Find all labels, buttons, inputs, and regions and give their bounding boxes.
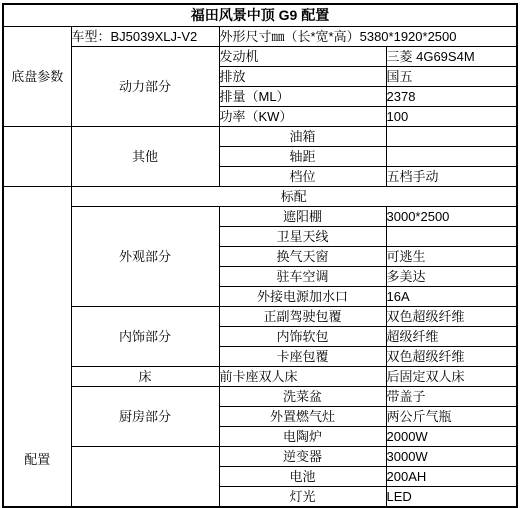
section-power-cell: 动力部分 (71, 47, 219, 127)
spec-label: 灯光 (219, 487, 386, 508)
spec-value (386, 147, 517, 167)
spec-label: 轴距 (219, 147, 386, 167)
spec-value: LED (386, 487, 517, 508)
page: 福田风景中顶 G9 配置 底盘参数 车型：BJ5039XLJ-V2 外形尺寸㎜（… (0, 0, 520, 508)
spec-label: 洗菜盆 (219, 387, 386, 407)
spec-label: 排放 (219, 67, 386, 87)
group-chassis-cell: 底盘参数 (3, 27, 71, 127)
section-kitchen-cell: 厨房部分 (71, 387, 219, 447)
spec-row: 逆变器 3000W (3, 447, 517, 467)
spec-label: 逆变器 (219, 447, 386, 467)
spec-value: 五档手动 (386, 167, 517, 187)
spec-value: 国五 (386, 67, 517, 87)
spec-table: 福田风景中顶 G9 配置 底盘参数 车型：BJ5039XLJ-V2 外形尺寸㎜（… (2, 3, 518, 508)
spec-label: 外接电源加水口 (219, 287, 386, 307)
spec-value: 带盖子 (386, 387, 517, 407)
section-other-cell: 其他 (71, 127, 219, 187)
spec-value: 2000W (386, 427, 517, 447)
spec-label: 内饰软包 (219, 327, 386, 347)
section-bed-cell: 床 (71, 367, 219, 387)
group-empty-cell (3, 127, 71, 187)
spec-label: 档位 (219, 167, 386, 187)
vehicle-dimensions-cell: 外形尺寸㎜（长*宽*高）5380*1920*2500 (219, 27, 517, 47)
spec-value: 100 (386, 107, 517, 127)
spec-label: 外置燃气灶 (219, 407, 386, 427)
spec-label: 前卡座双人床 (219, 367, 386, 387)
spec-row: 动力部分 发动机 三菱 4G69S4M (3, 47, 517, 67)
spec-value: 超级纤维 (386, 327, 517, 347)
spec-row: 外观部分 遮阳棚 3000*2500 (3, 207, 517, 227)
group-config-label: 配置 (4, 450, 71, 469)
spec-value: 3000W (386, 447, 517, 467)
spec-row: 其他 油箱 (3, 127, 517, 147)
title-row: 福田风景中顶 G9 配置 (3, 4, 517, 27)
spec-label: 功率（KW） (219, 107, 386, 127)
spec-value: 16A (386, 287, 517, 307)
spec-label: 换气天窗 (219, 247, 386, 267)
spec-label: 遮阳棚 (219, 207, 386, 227)
spec-value (386, 127, 517, 147)
spec-label: 电陶炉 (219, 427, 386, 447)
spec-value: 三菱 4G69S4M (386, 47, 517, 67)
spec-value: 200AH (386, 467, 517, 487)
spec-label: 卡座包覆 (219, 347, 386, 367)
spec-label: 发动机 (219, 47, 386, 67)
group-config-cell: 配置 (3, 187, 71, 508)
section-interior-cell: 内饰部分 (71, 307, 219, 367)
table-title: 福田风景中顶 G9 配置 (3, 4, 517, 27)
spec-row: 配置 标配 (3, 187, 517, 207)
standard-config-cell: 标配 (71, 187, 517, 207)
vehicle-model-cell: 车型：BJ5039XLJ-V2 (71, 27, 219, 47)
spec-label: 电池 (219, 467, 386, 487)
spec-value: 多美达 (386, 267, 517, 287)
section-exterior-cell: 外观部分 (71, 207, 219, 307)
spec-value: 双色超级纤维 (386, 347, 517, 367)
spec-row: 底盘参数 车型：BJ5039XLJ-V2 外形尺寸㎜（长*宽*高）5380*19… (3, 27, 517, 47)
spec-value: 后固定双人床 (386, 367, 517, 387)
spec-row: 内饰部分 正副驾驶包覆 双色超级纤维 (3, 307, 517, 327)
spec-label: 卫星天线 (219, 227, 386, 247)
spec-row: 床 前卡座双人床 后固定双人床 (3, 367, 517, 387)
spec-row: 厨房部分 洗菜盆 带盖子 (3, 387, 517, 407)
section-empty-cell (71, 447, 219, 508)
spec-label: 排量（ML） (219, 87, 386, 107)
spec-value: 3000*2500 (386, 207, 517, 227)
spec-value: 两公斤气瓶 (386, 407, 517, 427)
spec-label: 油箱 (219, 127, 386, 147)
spec-label: 正副驾驶包覆 (219, 307, 386, 327)
spec-value: 2378 (386, 87, 517, 107)
spec-value: 双色超级纤维 (386, 307, 517, 327)
spec-value: 可逃生 (386, 247, 517, 267)
spec-value (386, 227, 517, 247)
spec-label: 驻车空调 (219, 267, 386, 287)
